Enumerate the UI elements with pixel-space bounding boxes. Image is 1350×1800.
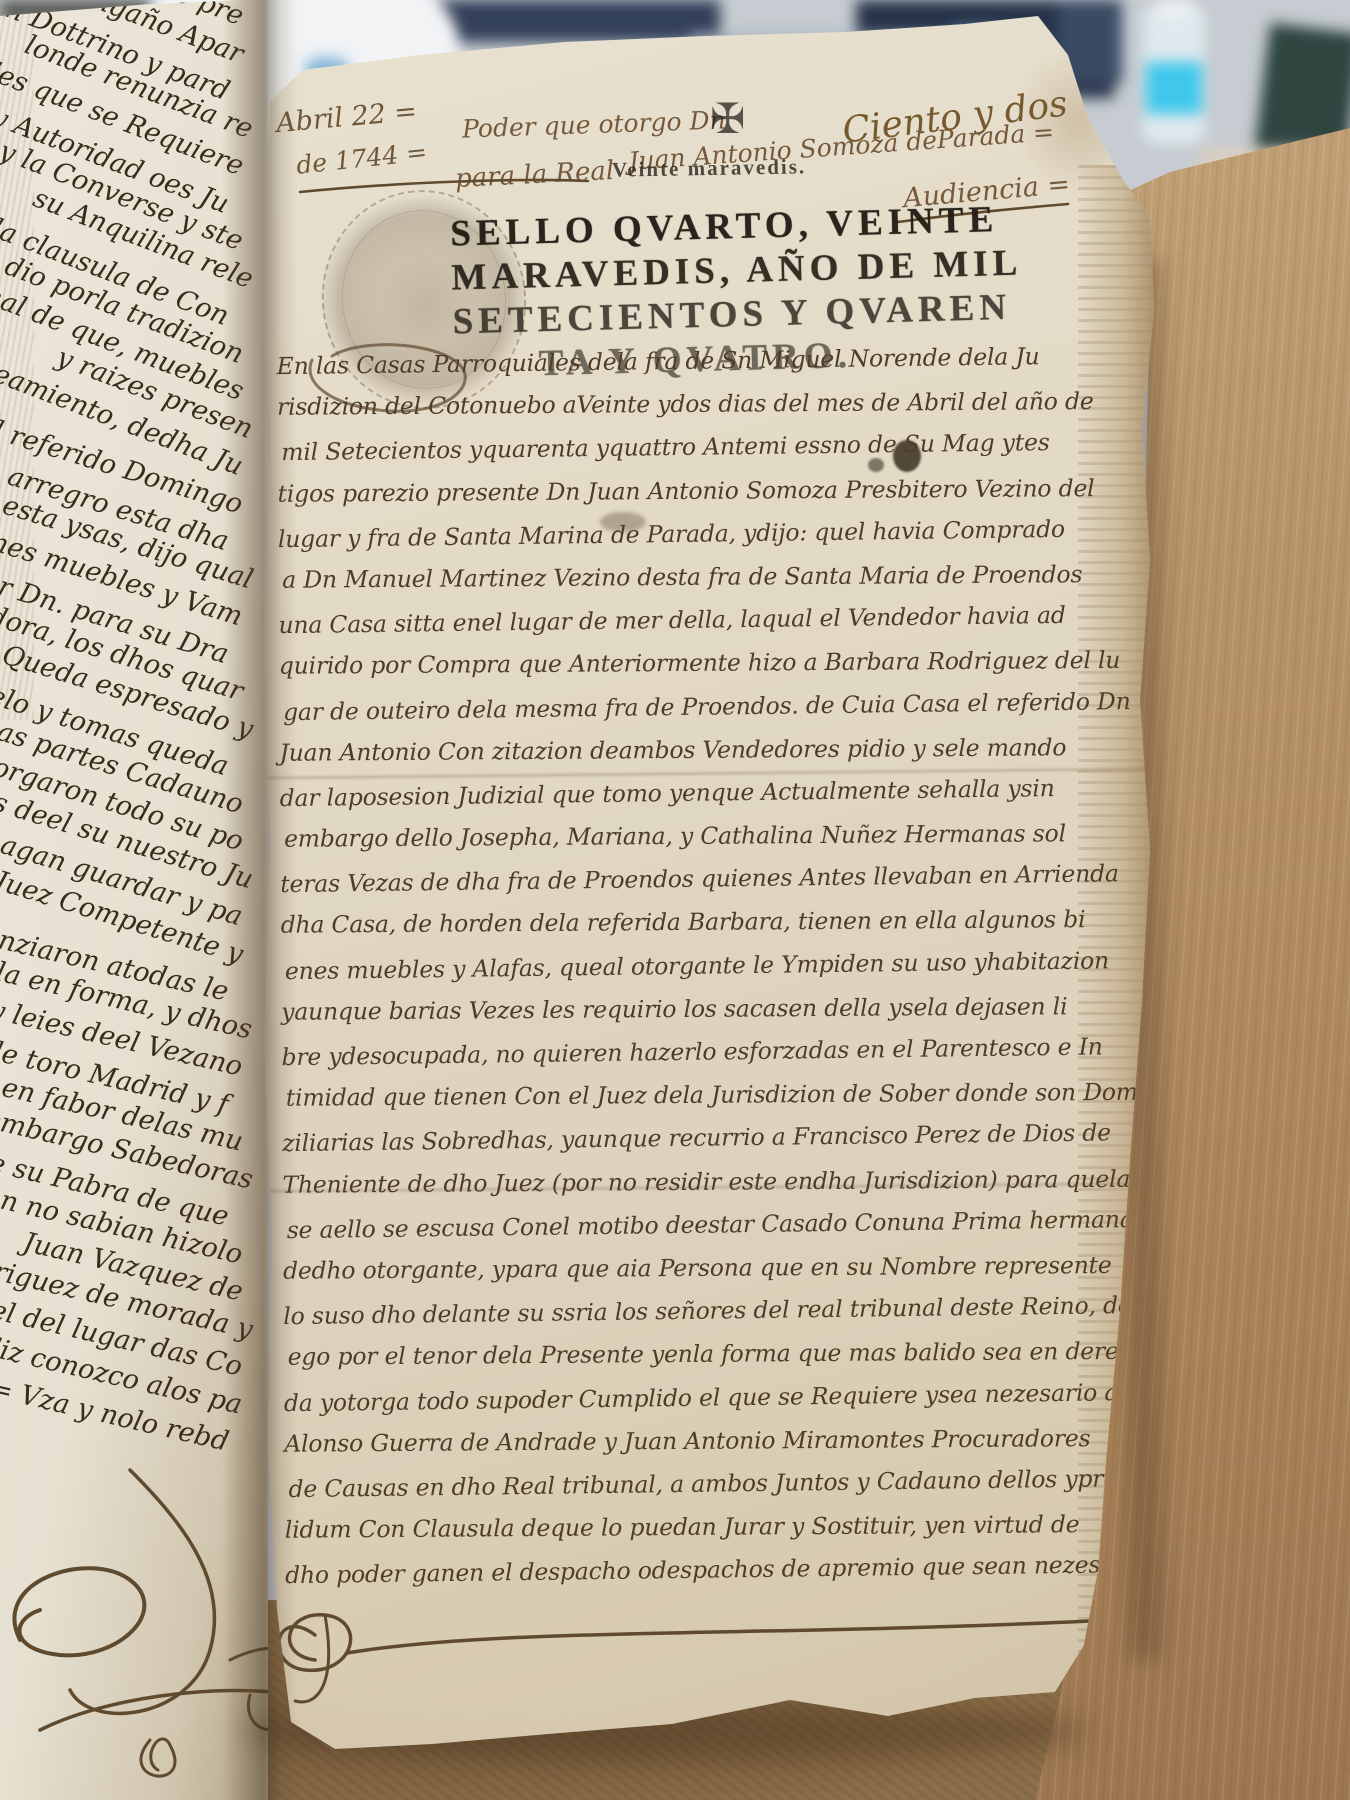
- signature-flourish: [0, 1430, 268, 1800]
- shelving-unit: [430, 0, 720, 42]
- water-bottle-cap: [1156, 0, 1192, 16]
- left-page: deel Jutto predeel engaño Aparcon Dottri…: [0, 0, 268, 1800]
- photo-of-manuscript: deel Jutto predeel engaño Aparcon Dottri…: [0, 0, 1350, 1800]
- water-bottle-label: [1146, 62, 1202, 114]
